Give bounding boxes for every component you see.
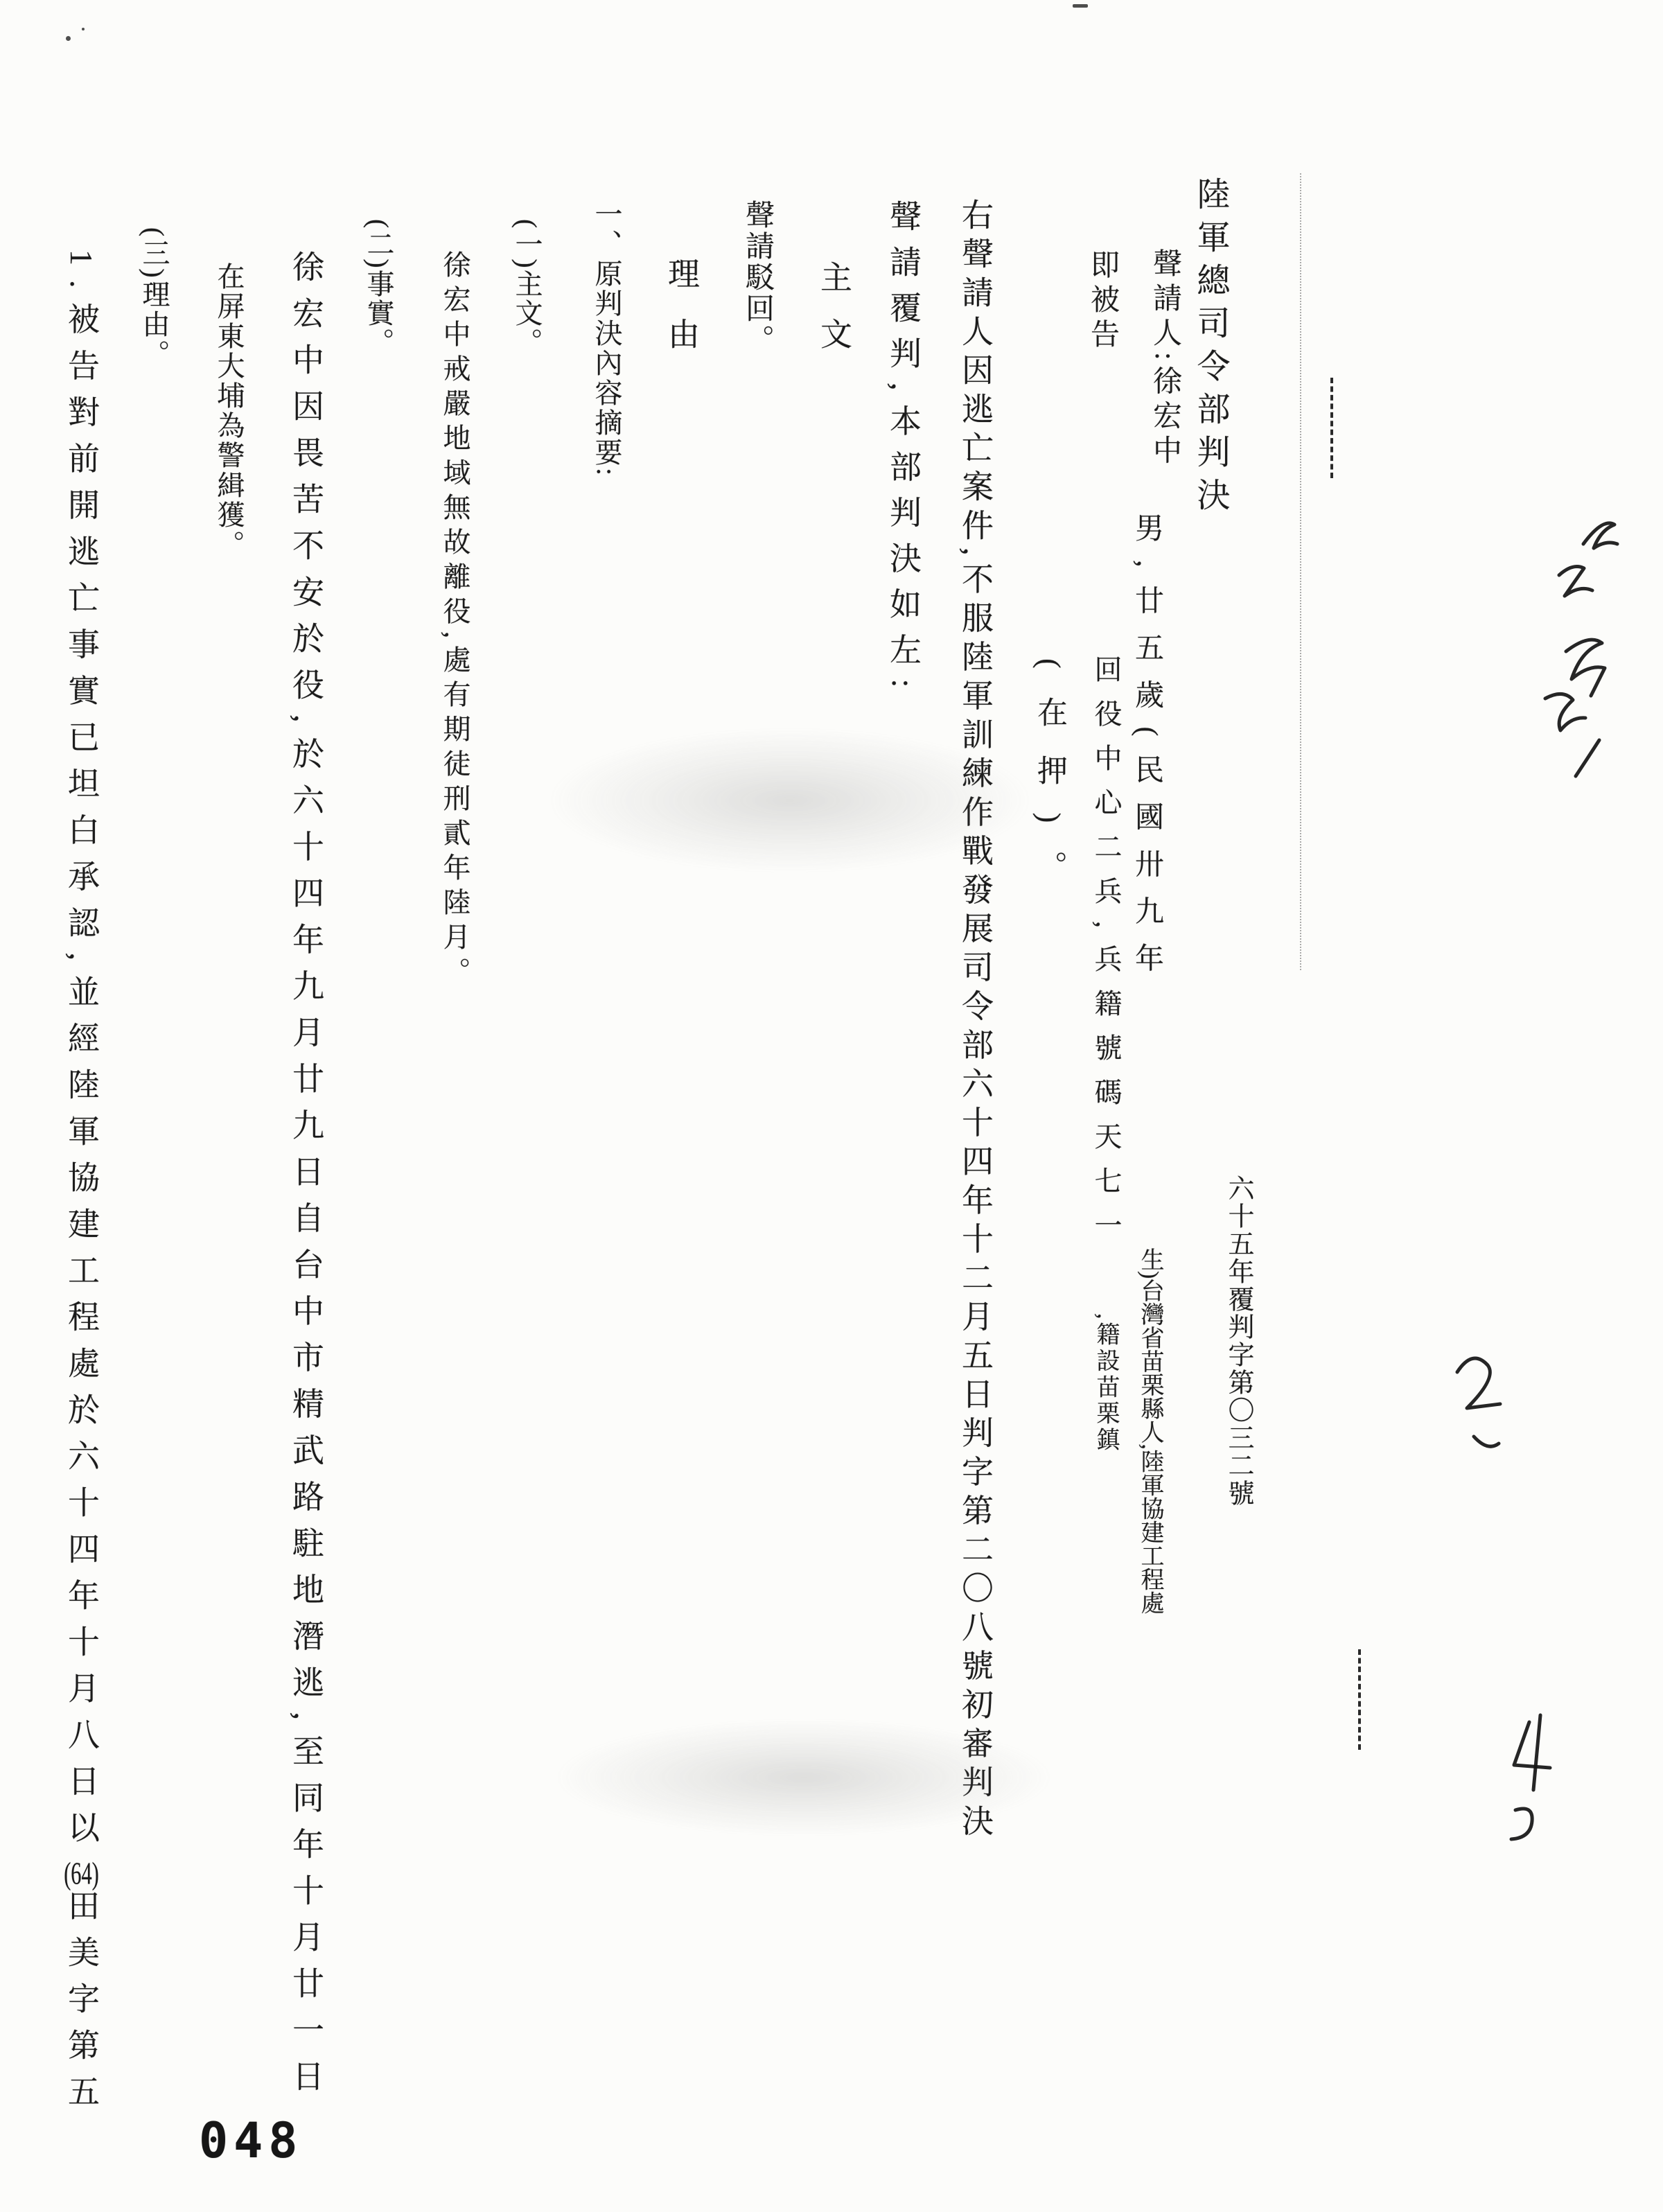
reasons-sub2-text-1: 徐宏中因畏苦不安於役,於六十四年九月廿九日自台中市精武路駐地潛逃,至同年十月廿一…	[290, 250, 322, 2106]
reasons-sub1-label: (一)主文。	[513, 219, 540, 357]
custody-status: (在押)。	[1034, 658, 1064, 909]
document-title: 陸軍總司令部判決	[1193, 177, 1226, 520]
preamble-line-2: 聲請覆判,本部判決如左:	[887, 200, 919, 701]
applicant-detail-1: 男,廿五歲(民國卅九年	[1132, 513, 1161, 990]
applicant-detail-2: 生)台灣省苗栗縣人,陸軍協建工程處	[1138, 1247, 1161, 1615]
scan-speck	[66, 36, 71, 41]
scan-streak	[1300, 173, 1301, 970]
reasons-sub3-item-text: 1.被告對前開逃亡事實已坦白承認,並經陸軍協建工程處於六十四年十月八日以	[64, 249, 99, 1857]
reasons-heading: 理由	[665, 257, 697, 378]
reasons-sub3-item: 1.被告對前開逃亡事實已坦白承認,並經陸軍協建工程處於六十四年十月八日以(64)…	[65, 249, 97, 2121]
fold-mark-lower	[1358, 1649, 1361, 1750]
handwritten-annotation-mid-right	[1438, 1334, 1521, 1480]
applicant-label: 聲請人:徐宏中	[1150, 248, 1179, 470]
defendant-detail-2: ,籍設苗栗鎮	[1093, 1313, 1117, 1454]
handwritten-annotation-top-right	[1517, 478, 1635, 783]
reasons-sub3-item-text-cont: 田美字第五	[64, 1889, 99, 2121]
main-text-heading: 主文	[818, 261, 850, 374]
handwritten-annotation-lower-right	[1493, 1705, 1583, 1857]
case-number: 六十五年覆判字第〇三二號	[1225, 1175, 1251, 1507]
reasons-sub2-label: (二)事實。	[364, 219, 392, 357]
bleedthrough-smudge-upper	[547, 728, 1032, 873]
preamble-line-1: 右聲請人因逃亡案件,不服陸軍訓練作戰發展司令部六十四年十二月五日判字第二〇八號初…	[959, 198, 991, 1843]
defendant-detail-1: 回役中心二兵,兵籍號碼天七一	[1092, 655, 1120, 1255]
bleedthrough-smudge-lower	[554, 1719, 1053, 1836]
reasons-item-1: 一、原判決內容摘要:	[592, 200, 620, 477]
fold-mark-upper	[1330, 378, 1333, 478]
reasons-sub3-label: (三)理由。	[140, 227, 168, 369]
page-number: 048	[199, 2112, 303, 2169]
scan-speck	[82, 28, 85, 30]
main-text-body: 聲請駁回。	[743, 200, 772, 355]
scan-speck	[1073, 4, 1088, 8]
defendant-label: 即被告	[1088, 249, 1117, 353]
scanned-judgment-page: 陸軍總司令部判決 六十五年覆判字第〇三二號 聲請人:徐宏中 男,廿五歲(民國卅九…	[0, 0, 1663, 2212]
reasons-sub1-text: 徐宏中戒嚴地域無故離役,處有期徒刑貳年陸月。	[441, 250, 468, 992]
reasons-sub2-text-2: 在屏東大埔為警緝獲。	[215, 262, 243, 560]
reasons-sub3-item-docnumber: (64)	[64, 1857, 99, 1889]
